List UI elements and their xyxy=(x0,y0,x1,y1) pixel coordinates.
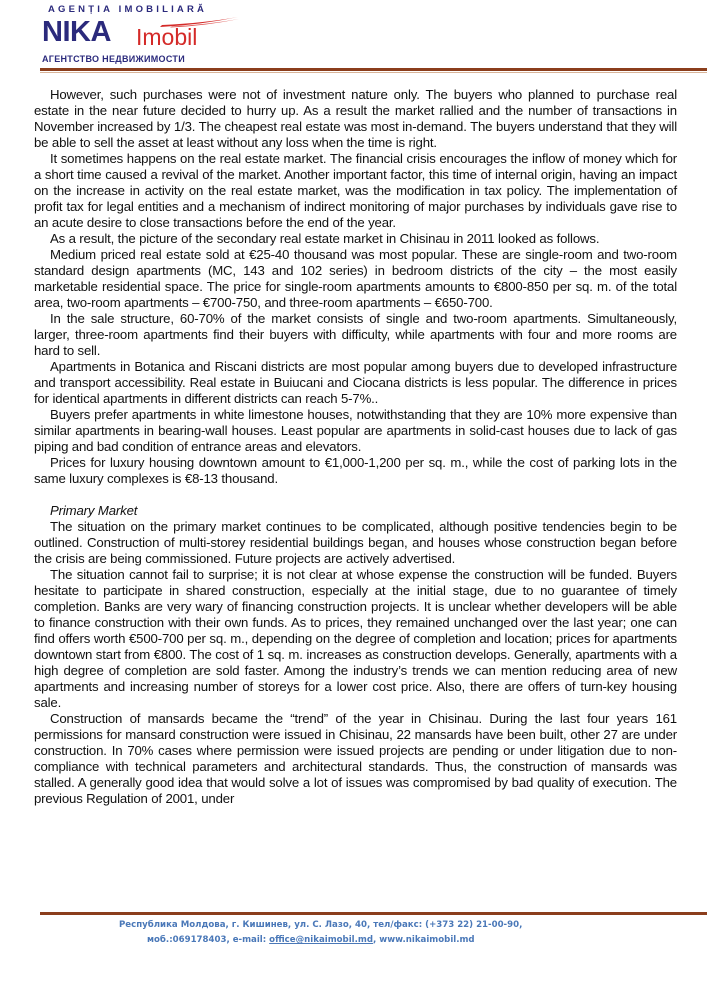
paragraph: However, such purchases were not of inve… xyxy=(34,87,677,151)
footer-divider xyxy=(40,912,707,915)
paragraph: The situation cannot fail to surprise; i… xyxy=(34,567,677,711)
logo-nika: NIKA xyxy=(42,16,111,49)
document-body: However, such purchases were not of inve… xyxy=(34,87,677,807)
header-divider-shadow xyxy=(40,72,707,73)
paragraph: Medium priced real estate sold at €25-40… xyxy=(34,247,677,311)
logo-tagline-russian: АГЕНТСТВО НЕДВИЖИМОСТИ xyxy=(42,54,185,64)
paragraph: As a result, the picture of the secondar… xyxy=(34,231,677,247)
paragraph: Buyers prefer apartments in white limest… xyxy=(34,407,677,455)
footer-contacts: Республика Молдова, г. Кишинев, ул. С. Л… xyxy=(100,918,620,948)
paragraph: The situation on the primary market cont… xyxy=(34,519,677,567)
section-heading: Primary Market xyxy=(34,503,677,519)
paragraph: Prices for luxury housing downtown amoun… xyxy=(34,455,677,487)
header-divider xyxy=(40,68,707,71)
paragraph: It sometimes happens on the real estate … xyxy=(34,151,677,231)
logo-imobil: Imobil xyxy=(136,24,197,51)
spacer xyxy=(34,487,677,503)
footer-address: Республика Молдова, г. Кишинев, ул. С. Л… xyxy=(100,918,620,933)
footer-phone: моб.:069178403, e-mail: xyxy=(147,935,269,945)
footer-contact-line: моб.:069178403, e-mail: office@nikaimobi… xyxy=(100,933,620,948)
paragraph: Apartments in Botanica and Riscani distr… xyxy=(34,359,677,407)
paragraph: In the sale structure, 60-70% of the mar… xyxy=(34,311,677,359)
email-link[interactable]: office@nikaimobil.md xyxy=(269,935,373,945)
logo-tagline-romanian: AGENȚIA IMOBILIARĂ xyxy=(48,4,207,15)
website-link[interactable]: www.nikaimobil.md xyxy=(379,935,474,945)
paragraph: Construction of mansards became the “tre… xyxy=(34,711,677,807)
letterhead: AGENȚIA IMOBILIARĂ NIKA Imobil АГЕНТСТВО… xyxy=(40,0,707,75)
